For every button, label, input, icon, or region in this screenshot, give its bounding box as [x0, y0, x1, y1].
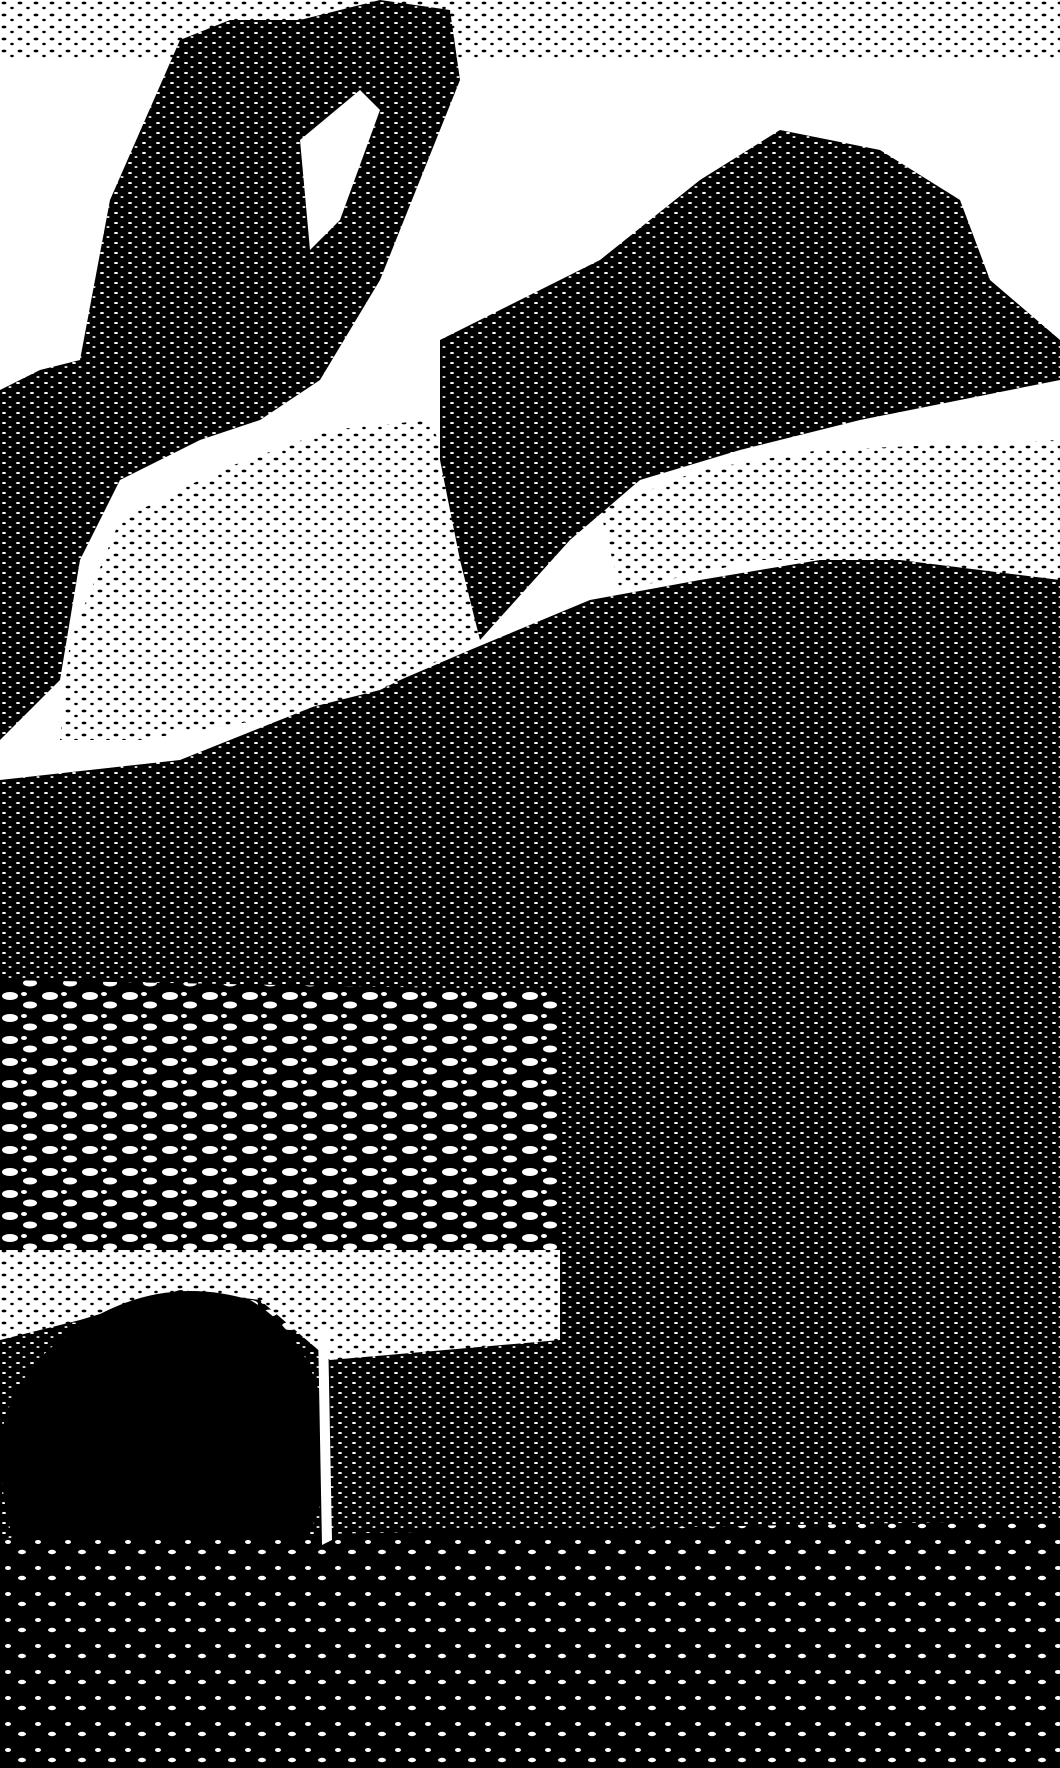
halftone-artwork [0, 0, 1060, 1768]
bottom-strip [0, 1520, 1060, 1768]
top-speckle [0, 0, 1060, 60]
artwork-shapes [0, 0, 1060, 1768]
